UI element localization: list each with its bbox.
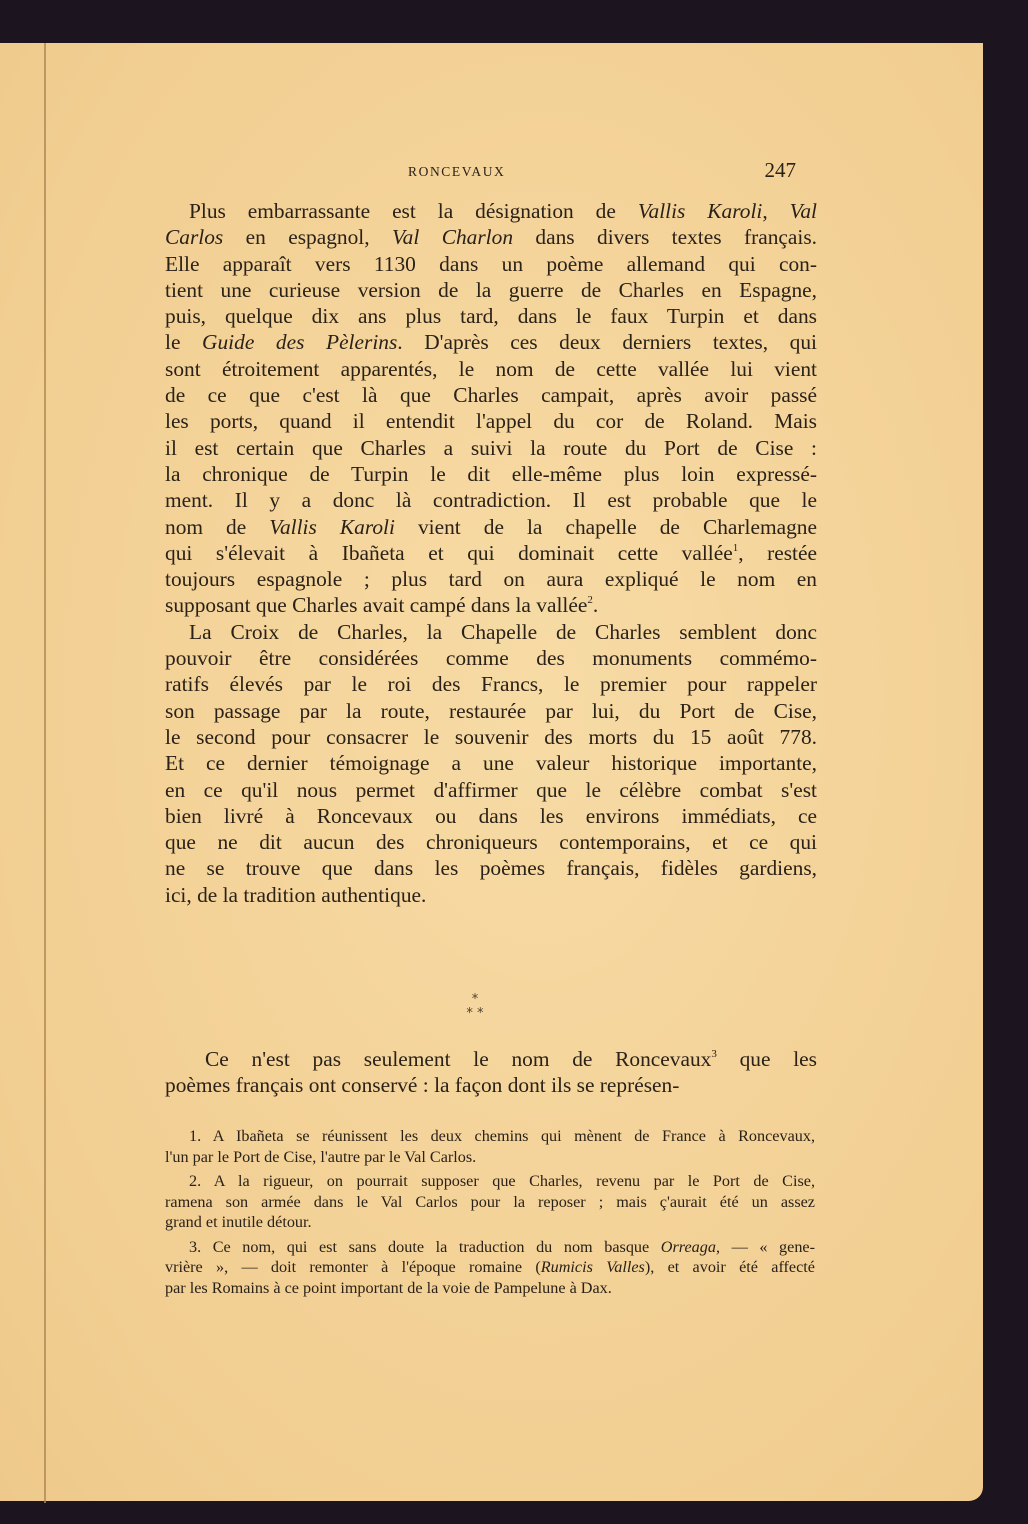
text-line: Plus embarrassante est la désignation de…: [165, 198, 817, 224]
text-line: Elle apparaît vers 1130 dans un poème al…: [165, 251, 817, 277]
footnote-number: 1.: [189, 1127, 213, 1145]
text-line: tient une curieuse version de la guerre …: [165, 277, 817, 303]
text-line: l'un par le Port de Cise, l'autre par le…: [165, 1147, 815, 1168]
footnotes: 1. A Ibañeta se réunissent les deux chem…: [165, 1126, 815, 1302]
text-line: ici, de la tradition authentique.: [165, 882, 817, 908]
text-line: ne se trouve que dans les poèmes françai…: [165, 855, 817, 881]
text-line: ratifs élevés par le roi des Francs, le …: [165, 671, 817, 697]
running-head-title: RONCEVAUX: [408, 164, 505, 180]
text-line: son passage par la route, restaurée par …: [165, 698, 817, 724]
text-line: Carlos en espagnol, Val Charlon dans div…: [165, 224, 817, 250]
text-line: 3. Ce nom, qui est sans doute la traduct…: [165, 1237, 815, 1258]
main-text: Plus embarrassante est la désignation de…: [165, 198, 817, 908]
text-line: Ce n'est pas seulement le nom de Ronceva…: [165, 1046, 817, 1072]
text-line: supposant que Charles avait campé dans l…: [165, 592, 817, 618]
text-line: ment. Il y a donc là contradiction. Il e…: [165, 487, 817, 513]
text-line: Et ce dernier témoignage a une valeur hi…: [165, 750, 817, 776]
paragraph-2: La Croix de Charles, la Chapelle de Char…: [165, 619, 817, 908]
text-line: le Guide des Pèlerins. D'après ces deux …: [165, 329, 817, 355]
text-line: sont étroitement apparentés, le nom de c…: [165, 356, 817, 382]
page-number: 247: [765, 158, 797, 183]
text-line: ramena son armée dans le Val Carlos pour…: [165, 1192, 815, 1213]
text-line: toujours espagnole ; plus tard on aura e…: [165, 566, 817, 592]
footnote-2: 2. A la rigueur, on pourrait supposer qu…: [165, 1171, 815, 1233]
text-line: en ce qu'il nous permet d'affirmer que l…: [165, 777, 817, 803]
running-head: RONCEVAUX 247: [150, 162, 820, 186]
paragraph-1: Plus embarrassante est la désignation de…: [165, 198, 817, 619]
footnote-1: 1. A Ibañeta se réunissent les deux chem…: [165, 1126, 815, 1167]
text-line: puis, quelque dix ans plus tard, dans le…: [165, 303, 817, 329]
text-line: le second pour consacrer le souvenir des…: [165, 724, 817, 750]
text-line: la chronique de Turpin le dit elle-même …: [165, 461, 817, 487]
text-line: 1. A Ibañeta se réunissent les deux chem…: [165, 1126, 815, 1147]
text-line: les ports, quand il entendit l'appel du …: [165, 408, 817, 434]
asterism-bottom: * *: [440, 1007, 510, 1021]
paragraph-3: Ce n'est pas seulement le nom de Ronceva…: [165, 1046, 817, 1099]
page-fold-line: [44, 43, 46, 1503]
text-line: vrière », — doit remonter à l'époque rom…: [165, 1257, 815, 1278]
text-line: poèmes français ont conservé : la façon …: [165, 1072, 817, 1098]
text-line: de ce que c'est là que Charles campait, …: [165, 382, 817, 408]
footnote-number: 3.: [189, 1238, 213, 1256]
text-line: que ne dit aucun des chroniqueurs contem…: [165, 829, 817, 855]
text-line: La Croix de Charles, la Chapelle de Char…: [165, 619, 817, 645]
footnote-3: 3. Ce nom, qui est sans doute la traduct…: [165, 1237, 815, 1299]
section-separator: * * *: [440, 993, 510, 1021]
text-line: nom de Vallis Karoli vient de la chapell…: [165, 514, 817, 540]
text-line: il est certain que Charles a suivi la ro…: [165, 435, 817, 461]
text-line: grand et inutile détour.: [165, 1212, 815, 1233]
asterism-top: *: [440, 993, 510, 1007]
text-line: 2. A la rigueur, on pourrait supposer qu…: [165, 1171, 815, 1192]
text-line: bien livré à Roncevaux ou dans les envir…: [165, 803, 817, 829]
footnote-number: 2.: [189, 1172, 214, 1190]
text-line: par les Romains à ce point important de …: [165, 1278, 815, 1299]
text-line: qui s'élevait à Ibañeta et qui dominait …: [165, 540, 817, 566]
text-line: pouvoir être considérées comme des monum…: [165, 645, 817, 671]
